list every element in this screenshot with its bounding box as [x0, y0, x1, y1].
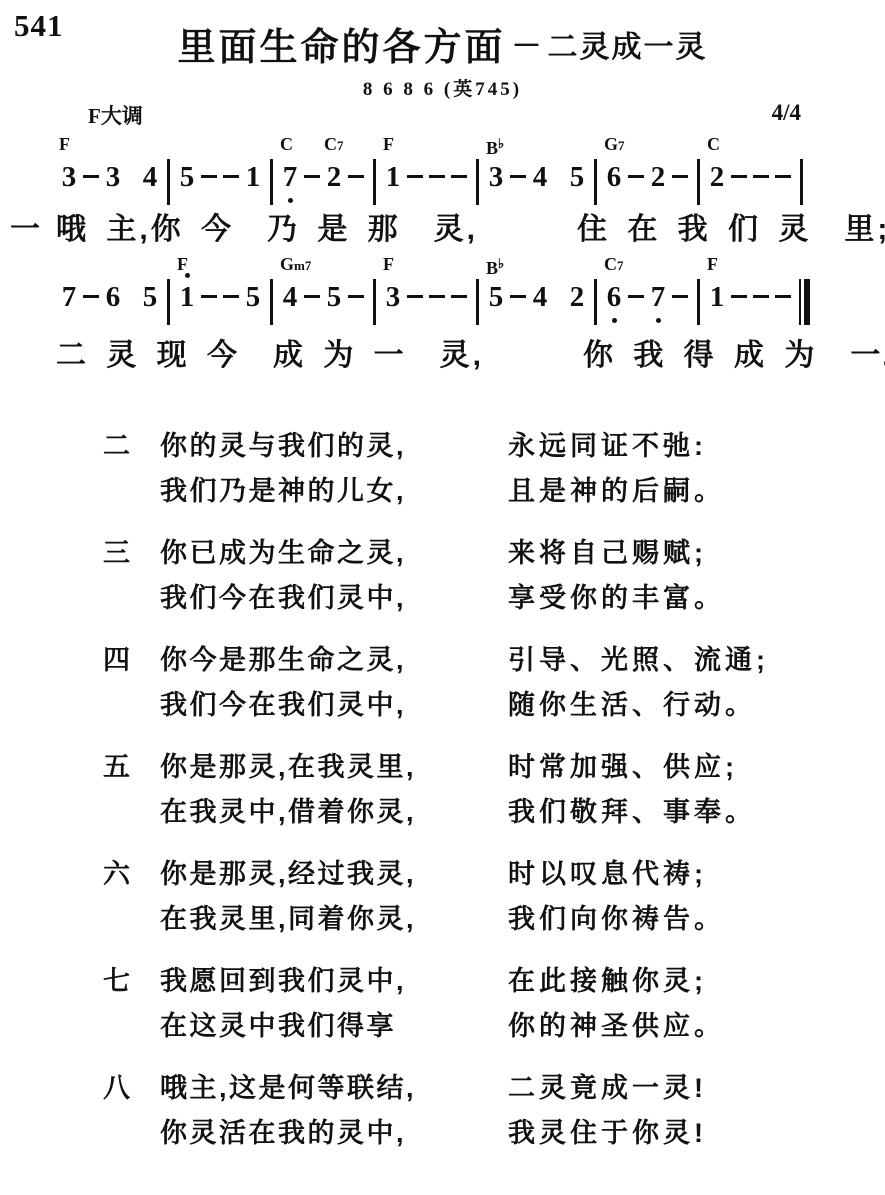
verse-number: 四 [103, 638, 160, 683]
note-digit: 4 [529, 160, 551, 194]
verse: 五你是那灵,在我灵里,时常加强、供应;在我灵中,借着你灵,我们敬拜、事奉。 [103, 745, 845, 835]
music-note: 2 [647, 134, 669, 210]
verse-row: 我们今在我们灵中,享受你的丰富。 [103, 576, 845, 621]
duration-dash [728, 134, 750, 210]
verse-line-left: 我们乃是神的儿女, [160, 469, 508, 514]
music-note: 3 [102, 134, 124, 210]
note-digit: 1 [242, 160, 264, 194]
verse-line-right: 且是神的后嗣。 [508, 469, 845, 514]
lyric-text-2: 二 灵 现 今 成 为 一 灵, 你 我 得 成 为 一。 [56, 330, 885, 374]
verse-row: 六你是那灵,经过我灵,时以叹息代祷; [103, 852, 845, 897]
music-note: F1 [382, 134, 404, 210]
chord-letter: F [383, 254, 394, 274]
verse-number: 六 [103, 852, 160, 897]
duration-dash [728, 254, 750, 330]
note-digit: 4 [529, 280, 551, 314]
barline [691, 254, 706, 330]
octave-dot-low [656, 318, 661, 323]
verse-row: 八哦主,这是何等联结,二灵竟成一灵! [103, 1066, 845, 1111]
music-note: 5 [566, 134, 588, 210]
hymn-title: 里面生命的各方面－二灵成一灵 [0, 16, 885, 71]
verse: 七我愿回到我们灵中,在此接触你灵;在这灵中我们得享你的神圣供应。 [103, 959, 845, 1049]
verse-line-right: 我们向你祷告。 [508, 897, 845, 942]
verses-section: 二你的灵与我们的灵,永远同证不弛:我们乃是神的儿女,且是神的后嗣。三你已成为生命… [103, 424, 845, 1173]
chord-label: F [383, 134, 394, 154]
note-digit: 3 [485, 160, 507, 194]
music-note: 6 [102, 254, 124, 330]
duration-dash-mark [628, 295, 644, 298]
barline [367, 254, 382, 330]
barline-mark [476, 279, 479, 325]
verse-line-right: 你的神圣供应。 [508, 1004, 845, 1049]
verse-line-right: 我灵住于你灵! [508, 1111, 845, 1156]
music-note: F1 [176, 254, 198, 330]
flat-symbol: ♭ [498, 256, 504, 271]
verse-line-right: 来将自己赐赋; [508, 531, 845, 576]
barline [161, 134, 176, 210]
octave-dot-high [185, 273, 190, 278]
duration-dash [220, 254, 242, 330]
verse-line-right: 永远同证不弛: [508, 424, 845, 469]
chord-letter: B [486, 138, 498, 158]
verse-number [103, 469, 160, 514]
duration-dash-mark [407, 295, 423, 298]
hymn-meter: 8 6 8 6 (英745) [0, 74, 885, 101]
verse-line-left: 你是那灵,经过我灵, [160, 852, 508, 897]
chord-letter: B [486, 258, 498, 278]
duration-dash-mark [510, 175, 526, 178]
duration-dash-mark [451, 295, 467, 298]
barline-mark [594, 159, 597, 205]
verse-line-right: 引导、光照、流通; [508, 638, 845, 683]
note-digit: 1 [382, 160, 404, 194]
music-note: B♭3 [485, 134, 507, 210]
chord-label: F [59, 134, 70, 154]
beat-gap [124, 134, 139, 210]
chord-label: B♭ [486, 254, 504, 278]
barline [264, 134, 279, 210]
note-digit: 3 [382, 280, 404, 314]
music-line-1: F33451C7C72F1B♭345G762C2 [58, 134, 809, 210]
duration-dash-mark [510, 295, 526, 298]
duration-dash [198, 134, 220, 210]
verse-row: 在我灵里,同着你灵,我们向你祷告。 [103, 897, 845, 942]
duration-dash [301, 134, 323, 210]
duration-dash [345, 254, 367, 330]
chord-letter: G [604, 134, 618, 154]
note-digit: 5 [323, 280, 345, 314]
key-signature: F大调 [88, 100, 143, 130]
verse-number [103, 1004, 160, 1049]
verse-number: 三 [103, 531, 160, 576]
barline-mark [167, 159, 170, 205]
note-digit: 4 [279, 280, 301, 314]
duration-dash [625, 254, 647, 330]
note-digit: 5 [566, 160, 588, 194]
verse-line-right: 二灵竟成一灵! [508, 1066, 845, 1111]
note-digit: 7 [58, 280, 80, 314]
chord-letter: G [280, 254, 294, 274]
duration-dash-mark [83, 175, 99, 178]
note-digit: 7 [279, 160, 301, 194]
duration-dash [750, 254, 772, 330]
music-note: C2 [706, 134, 728, 210]
barline-mark [270, 279, 273, 325]
music-note: 5 [176, 134, 198, 210]
beat-gap [551, 254, 566, 330]
verse-number: 八 [103, 1066, 160, 1111]
chord-label: C [280, 134, 293, 154]
note-digit: 5 [242, 280, 264, 314]
duration-dash-mark [753, 175, 769, 178]
music-note: 2 [566, 254, 588, 330]
verse-number: 五 [103, 745, 160, 790]
verse-line-left: 你是那灵,在我灵里, [160, 745, 508, 790]
music-note: F3 [382, 254, 404, 330]
note-digit: 1 [176, 280, 198, 314]
duration-dash [750, 134, 772, 210]
duration-dash-mark [731, 295, 747, 298]
chord-letter: F [383, 134, 394, 154]
note-digit: 6 [603, 160, 625, 194]
music-note: 4 [529, 134, 551, 210]
verse-number [103, 683, 160, 728]
duration-dash [669, 254, 691, 330]
duration-dash-mark [304, 175, 320, 178]
music-note: 7 [647, 254, 669, 330]
duration-dash-mark [348, 175, 364, 178]
barline-mark [373, 159, 376, 205]
duration-dash-mark [672, 175, 688, 178]
verse-row: 在我灵中,借着你灵,我们敬拜、事奉。 [103, 790, 845, 835]
note-digit: 2 [647, 160, 669, 194]
chord-letter: F [59, 134, 70, 154]
duration-dash-mark [304, 295, 320, 298]
verse-line-left: 哦主,这是何等联结, [160, 1066, 508, 1111]
verse-number [103, 576, 160, 621]
beat-gap [551, 134, 566, 210]
chord-letter: C [707, 134, 720, 154]
verse-line-left: 我们今在我们灵中, [160, 683, 508, 728]
beat-gap [124, 254, 139, 330]
verse-line-left: 我愿回到我们灵中, [160, 959, 508, 1004]
duration-dash [345, 134, 367, 210]
verse: 六你是那灵,经过我灵,时以叹息代祷;在我灵里,同着你灵,我们向你祷告。 [103, 852, 845, 942]
duration-dash [426, 134, 448, 210]
duration-dash [448, 254, 470, 330]
verse: 八哦主,这是何等联结,二灵竟成一灵!你灵活在我的灵中,我灵住于你灵! [103, 1066, 845, 1156]
hymn-title-subtitle: 二灵成一灵 [548, 31, 708, 64]
duration-dash [669, 134, 691, 210]
octave-dot-low [612, 318, 617, 323]
barline-mark [697, 159, 700, 205]
barline [588, 134, 603, 210]
flat-symbol: ♭ [498, 136, 504, 151]
duration-dash [625, 134, 647, 210]
duration-dash-mark [201, 175, 217, 178]
key-time-row: F大调 4/4 [0, 100, 885, 130]
chord-label: C [707, 134, 720, 154]
barline-mark [270, 159, 273, 205]
duration-dash [507, 254, 529, 330]
duration-dash-mark [407, 175, 423, 178]
duration-dash-mark [223, 175, 239, 178]
chord-label: F [707, 254, 718, 274]
music-note: 4 [139, 134, 161, 210]
duration-dash-mark [451, 175, 467, 178]
music-note: 5 [139, 254, 161, 330]
verse-line-left: 在我灵中,借着你灵, [160, 790, 508, 835]
chord-quality: 7 [617, 258, 624, 273]
note-digit: 5 [139, 280, 161, 314]
duration-dash [404, 134, 426, 210]
verse: 四你今是那生命之灵,引导、光照、流通;我们今在我们灵中,随你生活、行动。 [103, 638, 845, 728]
duration-dash-mark [223, 295, 239, 298]
duration-dash [448, 134, 470, 210]
hymnal-page: 541 里面生命的各方面－二灵成一灵 8 6 8 6 (英745) F大调 4/… [0, 0, 885, 1195]
chord-label: C7 [604, 254, 624, 276]
duration-dash [507, 134, 529, 210]
barline-mark [373, 279, 376, 325]
duration-dash [426, 254, 448, 330]
verse-row: 四你今是那生命之灵,引导、光照、流通; [103, 638, 845, 683]
chord-letter: C [324, 134, 337, 154]
barline [161, 254, 176, 330]
note-digit: 6 [102, 280, 124, 314]
duration-dash-mark [628, 175, 644, 178]
duration-dash [220, 134, 242, 210]
music-note: F1 [706, 254, 728, 330]
verse-row: 二你的灵与我们的灵,永远同证不弛: [103, 424, 845, 469]
verse-line-right: 随你生活、行动。 [508, 683, 845, 728]
final-bar-thin [799, 279, 801, 325]
verse-line-left: 我们今在我们灵中, [160, 576, 508, 621]
barline-mark [476, 159, 479, 205]
chord-letter: F [707, 254, 718, 274]
verse-line-left: 你灵活在我的灵中, [160, 1111, 508, 1156]
music-note: G76 [603, 134, 625, 210]
barline [691, 134, 706, 210]
verse-line-left: 在这灵中我们得享 [160, 1004, 508, 1049]
verse-row: 在这灵中我们得享你的神圣供应。 [103, 1004, 845, 1049]
lyric-text-1: 哦 主,你 今 乃 是 那 灵, 住 在 我 们 灵 里; [56, 204, 885, 248]
duration-dash-mark [83, 295, 99, 298]
note-digit: 5 [176, 160, 198, 194]
duration-dash [404, 254, 426, 330]
time-signature: 4/4 [772, 100, 801, 126]
verse-row: 你灵活在我的灵中,我灵住于你灵! [103, 1111, 845, 1156]
barline [470, 134, 485, 210]
chord-label: C7 [324, 134, 344, 156]
verse-line-right: 在此接触你灵; [508, 959, 845, 1004]
verse-line-left: 你已成为生命之灵, [160, 531, 508, 576]
verse-line-right: 我们敬拜、事奉。 [508, 790, 845, 835]
music-note: C7 [279, 134, 301, 210]
verse: 二你的灵与我们的灵,永远同证不弛:我们乃是神的儿女,且是神的后嗣。 [103, 424, 845, 514]
chord-quality: 7 [337, 138, 344, 153]
barline [588, 254, 603, 330]
note-digit: 5 [485, 280, 507, 314]
music-note: 1 [242, 134, 264, 210]
chord-label: F [177, 254, 188, 274]
hymn-title-main: 里面生命的各方面 [177, 27, 505, 69]
note-digit: 3 [58, 160, 80, 194]
barline [794, 134, 809, 210]
verse-one-marker: 一 [10, 204, 40, 248]
note-digit: 6 [603, 280, 625, 314]
barline-mark [167, 279, 170, 325]
note-digit: 2 [323, 160, 345, 194]
music-note: 4 [529, 254, 551, 330]
duration-dash [772, 254, 794, 330]
final-double-barline [794, 254, 816, 330]
chord-letter: C [280, 134, 293, 154]
duration-dash [80, 254, 102, 330]
music-note: 5 [242, 254, 264, 330]
verse-row: 三你已成为生命之灵,来将自己赐赋; [103, 531, 845, 576]
octave-dot-low [288, 198, 293, 203]
verse-number [103, 897, 160, 942]
verse-row: 五你是那灵,在我灵里,时常加强、供应; [103, 745, 845, 790]
verse: 三你已成为生命之灵,来将自己赐赋;我们今在我们灵中,享受你的丰富。 [103, 531, 845, 621]
duration-dash-mark [672, 295, 688, 298]
verse-line-right: 时以叹息代祷; [508, 852, 845, 897]
duration-dash-mark [731, 175, 747, 178]
duration-dash [301, 254, 323, 330]
duration-dash [198, 254, 220, 330]
duration-dash-mark [753, 295, 769, 298]
verse-number: 七 [103, 959, 160, 1004]
chord-label: G7 [604, 134, 625, 156]
verse-line-left: 在我灵里,同着你灵, [160, 897, 508, 942]
verse-row: 我们今在我们灵中,随你生活、行动。 [103, 683, 845, 728]
music-note: C72 [323, 134, 345, 210]
verse-row: 七我愿回到我们灵中,在此接触你灵; [103, 959, 845, 1004]
chord-label: B♭ [486, 134, 504, 158]
barline-mark [800, 159, 803, 205]
duration-dash [80, 134, 102, 210]
duration-dash-mark [775, 295, 791, 298]
verse-number: 二 [103, 424, 160, 469]
music-note: F3 [58, 134, 80, 210]
duration-dash [772, 134, 794, 210]
music-note: C76 [603, 254, 625, 330]
chord-letter: F [177, 254, 188, 274]
music-note: B♭5 [485, 254, 507, 330]
verse-row: 我们乃是神的儿女,且是神的后嗣。 [103, 469, 845, 514]
verse-number [103, 1111, 160, 1156]
music-note: 5 [323, 254, 345, 330]
barline [367, 134, 382, 210]
note-digit: 2 [566, 280, 588, 314]
barline [264, 254, 279, 330]
verse-line-left: 你的灵与我们的灵, [160, 424, 508, 469]
music-note: 7 [58, 254, 80, 330]
verse-line-right: 时常加强、供应; [508, 745, 845, 790]
note-digit: 7 [647, 280, 669, 314]
verse-number [103, 790, 160, 835]
verse-line-right: 享受你的丰富。 [508, 576, 845, 621]
music-note: Gm74 [279, 254, 301, 330]
music-line-2: 765F15Gm745F3B♭542C767F1 [58, 254, 816, 330]
duration-dash-mark [201, 295, 217, 298]
chord-quality: 7 [618, 138, 625, 153]
duration-dash-mark [429, 295, 445, 298]
duration-dash-mark [775, 175, 791, 178]
barline-mark [594, 279, 597, 325]
chord-letter: C [604, 254, 617, 274]
duration-dash-mark [429, 175, 445, 178]
verse-line-left: 你今是那生命之灵, [160, 638, 508, 683]
chord-label: F [383, 254, 394, 274]
barline [470, 254, 485, 330]
duration-dash-mark [348, 295, 364, 298]
hymn-title-separator: － [506, 30, 548, 63]
note-digit: 3 [102, 160, 124, 194]
note-digit: 1 [706, 280, 728, 314]
note-digit: 2 [706, 160, 728, 194]
note-digit: 4 [139, 160, 161, 194]
final-bar-thick [804, 279, 810, 325]
barline-mark [697, 279, 700, 325]
